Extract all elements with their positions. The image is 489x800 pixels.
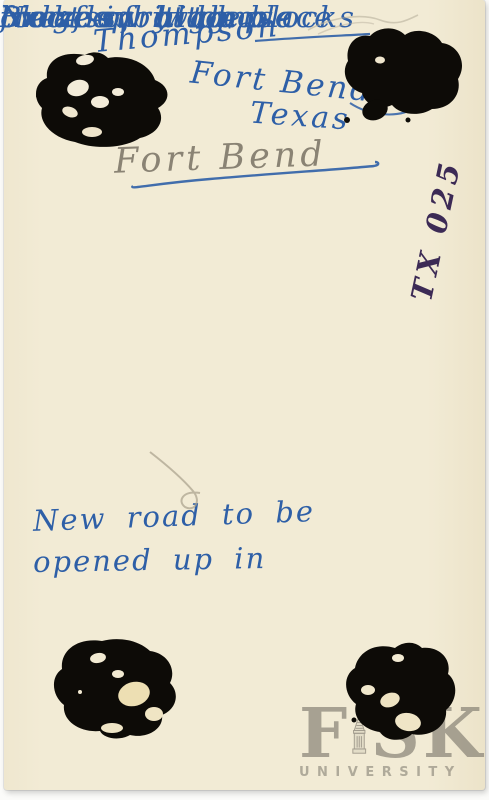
ink-blot-top-right <box>335 24 470 134</box>
ink-blot-bottom-right <box>340 640 462 744</box>
note-line: Brazos bottom. <box>0 0 260 34</box>
ink-blot-bottom-left <box>50 632 185 744</box>
note-line: opened up in <box>33 541 267 579</box>
university-label: UNIVERSITY <box>299 765 485 780</box>
ink-blot-top-left <box>30 48 180 156</box>
scanned-card: Thompson Fort Bend Texas Fort Bend TX 02… <box>0 0 489 800</box>
